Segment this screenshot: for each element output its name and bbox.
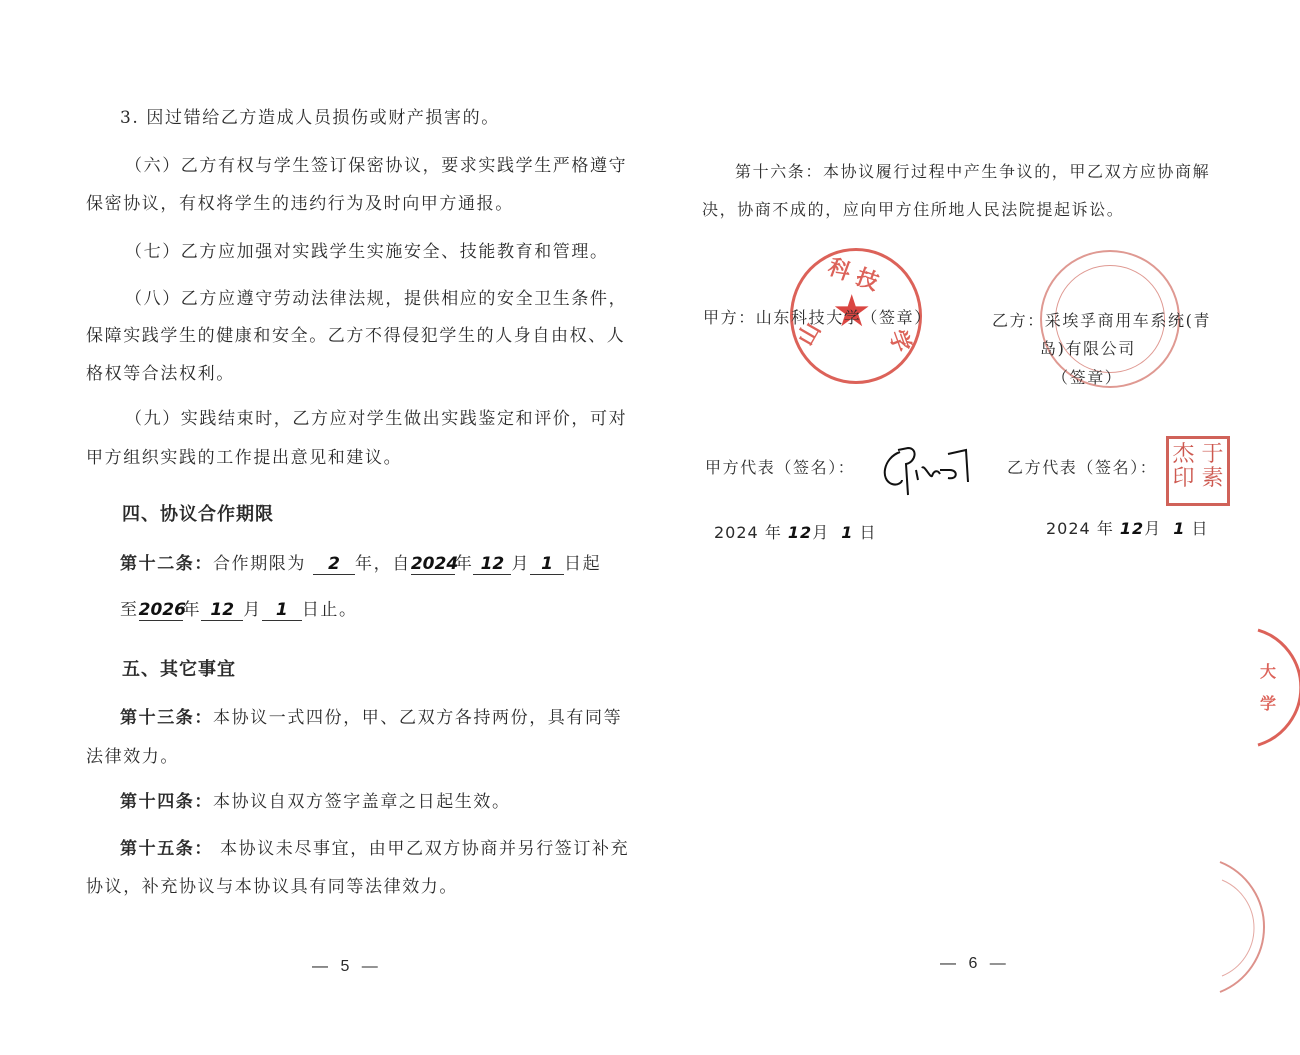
article-label: 第十四条：	[120, 792, 213, 812]
text: 月	[812, 523, 829, 542]
start-year-field: 2024	[411, 554, 455, 575]
text: 日止。	[302, 600, 358, 620]
svg-text:大: 大	[1260, 662, 1276, 681]
month: 12	[788, 523, 812, 542]
text-line: 3. 因过错给乙方造成人员损伤或财产损害的。	[120, 108, 500, 128]
text-line: （八）乙方应遵守劳动法律法规，提供相应的安全卫生条件，	[125, 289, 627, 309]
text-line: 法律效力。	[86, 747, 179, 767]
text: 本协议未尽事宜，由甲乙双方协商并另行签订补充	[213, 839, 629, 859]
page-number: — 5 —	[312, 958, 382, 976]
party-b-label-1: 乙方：采埃孚商用车系统(青	[992, 311, 1211, 331]
date-a: 2024 年 12月 1日	[714, 520, 876, 543]
text-line: （七）乙方应加强对实践学生实施安全、技能教育和管理。	[125, 242, 609, 262]
personal-seal: 杰 于 印 素	[1166, 436, 1230, 506]
text: 合作期限为	[213, 554, 306, 574]
page-5: 3. 因过错给乙方造成人员损伤或财产损害的。 （六）乙方有权与学生签订保密协议，…	[0, 0, 650, 1055]
seal-char: 素	[1201, 467, 1223, 491]
page-number: — 6 —	[940, 955, 1010, 973]
end-month-field: 12	[201, 600, 243, 621]
text-line: 保密协议，有权将学生的违约行为及时向甲方通报。	[86, 194, 514, 214]
section-heading: 五、其它事宜	[122, 660, 236, 680]
seal-char: 杰	[1172, 443, 1194, 467]
text: 月	[1144, 519, 1161, 538]
article-12-line-1: 第十二条：合作期限为 2年，自2024年12月1日起	[120, 554, 601, 575]
end-year-field: 2026	[139, 600, 183, 621]
years-field: 2	[313, 554, 355, 575]
article-16-line-1: 第十六条：本协议履行过程中产生争议的，甲乙双方应协商解	[735, 162, 1210, 182]
text-line: 协议，补充协议与本协议具有同等法律效力。	[86, 877, 458, 897]
party-a-label: 甲方：山东科技大学（签章）	[703, 308, 932, 328]
start-month-field: 12	[473, 554, 511, 575]
text: 月	[511, 554, 530, 574]
rep-b-label: 乙方代表（签名）：	[1007, 458, 1157, 478]
text: 本协议自双方签字盖章之日起生效。	[213, 792, 511, 812]
party-b-label-2: 岛)有限公司	[1040, 339, 1136, 359]
text: 日	[859, 523, 876, 542]
article-12-line-2: 至2026年12月1日止。	[120, 600, 358, 621]
text-line: 格权等合法权利。	[86, 364, 235, 384]
text: 月	[243, 600, 262, 620]
date-b: 2024 年 12月 1日	[1046, 516, 1208, 539]
edge-seal-fragment	[1210, 858, 1300, 998]
start-day-field: 1	[530, 554, 564, 575]
article-15: 第十五条： 本协议未尽事宜，由甲乙双方协商并另行签订补充	[120, 839, 629, 859]
day: 1	[841, 523, 853, 542]
end-day-field: 1	[262, 600, 302, 621]
article-14: 第十四条：本协议自双方签字盖章之日起生效。	[120, 792, 511, 812]
text: 日	[1191, 519, 1208, 538]
edge-seal-fragment: 大 学	[1250, 625, 1300, 750]
signature-a	[878, 440, 973, 500]
seal-char: 于	[1201, 443, 1223, 467]
text: 年	[1097, 519, 1114, 538]
article-16-line-2: 决，协商不成的，应向甲方住所地人民法院提起诉讼。	[702, 200, 1124, 220]
month: 12	[1120, 519, 1144, 538]
text: 年，自	[355, 554, 411, 574]
text: 日起	[564, 554, 601, 574]
text: 年	[765, 523, 782, 542]
rep-a-label: 甲方代表（签名）：	[705, 458, 855, 478]
section-heading: 四、协议合作期限	[122, 505, 274, 525]
article-label: 第十二条：	[120, 554, 213, 574]
text-line: 甲方组织实践的工作提出意见和建议。	[86, 448, 402, 468]
text-line: （六）乙方有权与学生签订保密协议，要求实践学生严格遵守	[125, 156, 627, 176]
party-b-label-3: （签章）	[1052, 368, 1122, 388]
text-line: 保障实践学生的健康和安全。乙方不得侵犯学生的人身自由权、人	[86, 326, 625, 346]
year: 2024	[1046, 519, 1091, 538]
year: 2024	[714, 523, 759, 542]
article-label: 第十五条：	[120, 839, 213, 859]
seal-char: 印	[1172, 467, 1194, 491]
text: 本协议一式四份，甲、乙双方各持两份，具有同等	[213, 708, 622, 728]
text: 至	[120, 600, 139, 620]
article-label: 第十三条：	[120, 708, 213, 728]
article-13: 第十三条：本协议一式四份，甲、乙双方各持两份，具有同等	[120, 708, 622, 728]
page-6: 第十六条：本协议履行过程中产生争议的，甲乙双方应协商解 决，协商不成的，应向甲方…	[650, 0, 1300, 1055]
day: 1	[1173, 519, 1185, 538]
text-line: （九）实践结束时，乙方应对学生做出实践鉴定和评价，可对	[125, 409, 627, 429]
svg-text:学: 学	[1260, 694, 1276, 713]
